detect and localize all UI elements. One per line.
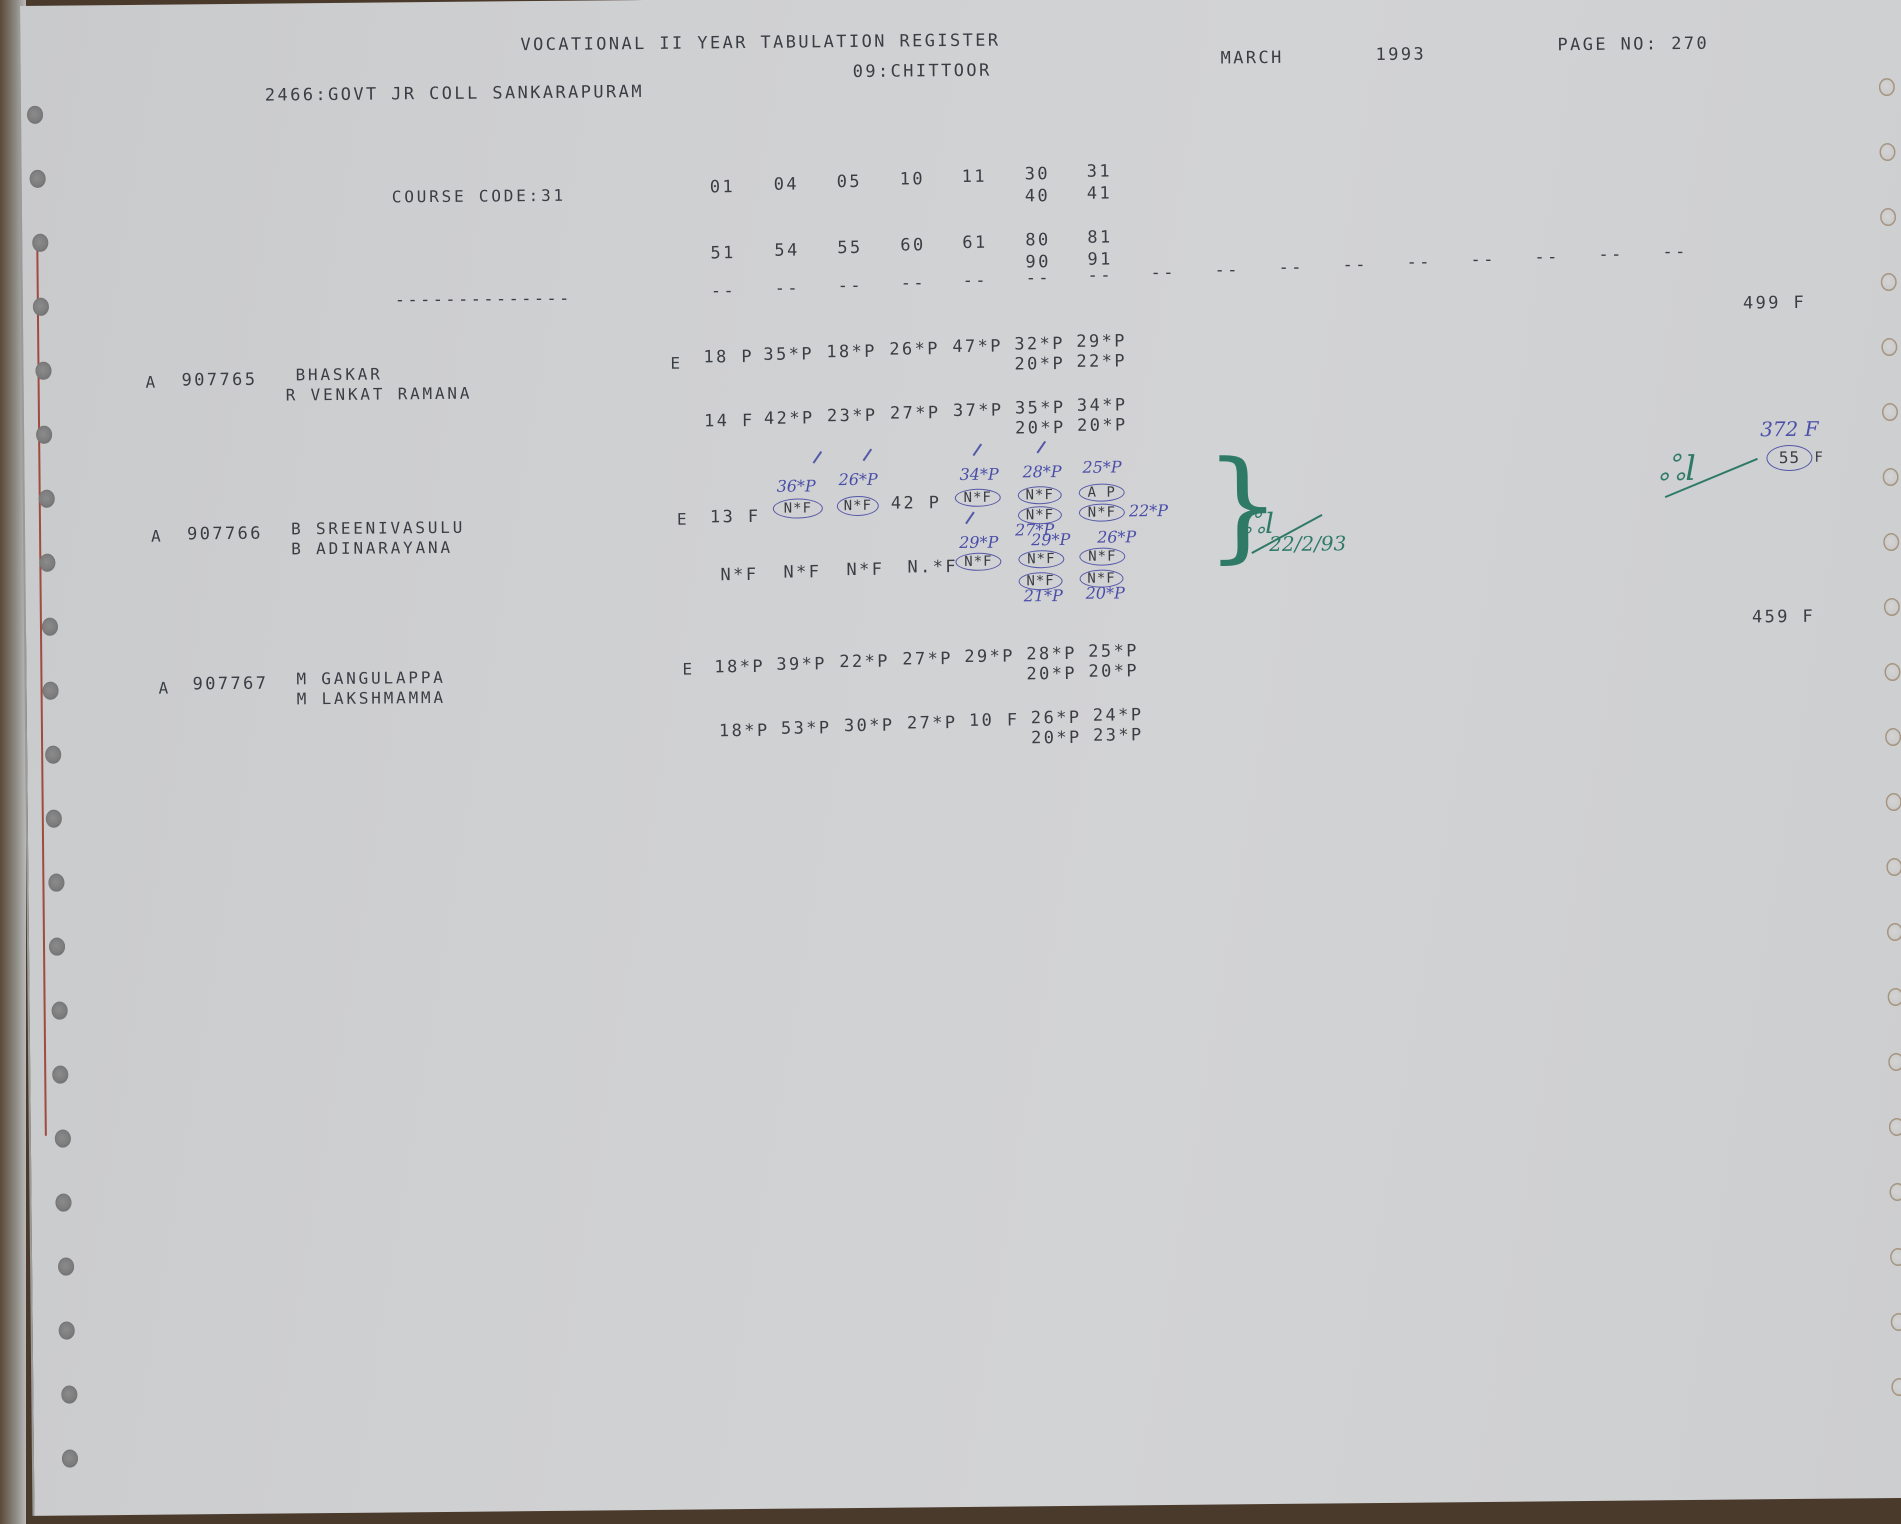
mark: 42 P	[891, 495, 942, 512]
perforation-hole	[1882, 403, 1898, 421]
district-name: 09:CHITTOOR	[853, 63, 992, 81]
perforation-hole	[1881, 273, 1897, 291]
handwritten-mark: 21*P	[1024, 588, 1063, 604]
subject-codes-row2: 51 54 55 60 61 80 81 90 91	[20, 0, 1901, 6]
mark: 35*P	[1015, 400, 1066, 417]
perforation-hole	[1883, 468, 1899, 486]
perforation-hole	[42, 682, 58, 700]
perforation-hole	[59, 1322, 75, 1340]
subject-code: 54	[774, 243, 799, 260]
dash: --	[1026, 270, 1051, 287]
mark: 20*P	[1088, 663, 1139, 680]
exam-month: MARCH	[1220, 50, 1283, 68]
circled-total: 55	[1766, 445, 1812, 471]
dash: --	[1406, 254, 1431, 271]
perforation-hole	[1886, 858, 1901, 876]
circled-mark: N*F	[955, 489, 1001, 507]
perforation-hole	[55, 1130, 71, 1148]
student-category: A	[151, 529, 164, 545]
perforation-hole	[61, 1385, 77, 1403]
check-tick	[965, 512, 975, 525]
perforation-hole	[30, 170, 46, 188]
handwritten-total: 372 F	[1760, 419, 1819, 440]
college-name: 2466:GOVT JR COLL SANKARAPURAM	[265, 84, 644, 105]
handwritten-mark: 29*P	[959, 535, 998, 551]
student-medium: E	[677, 512, 690, 528]
perforation-hole	[46, 810, 62, 828]
mark: N*F	[720, 567, 758, 584]
circled-mark: N*F	[1018, 550, 1064, 568]
student-father-name: R VENKAT RAMANA	[286, 386, 473, 404]
perforation-hole	[1886, 793, 1901, 811]
mark: 27*P	[890, 405, 941, 422]
check-tick	[813, 451, 823, 464]
perforation-hole	[27, 106, 43, 124]
perforation-hole	[1891, 1313, 1901, 1331]
mark: 34*P	[1077, 397, 1128, 414]
handwritten-mark: 20*P	[1086, 585, 1125, 601]
subject-code: 31	[1087, 164, 1112, 181]
perforation-hole	[1888, 988, 1901, 1006]
circled-mark: A P	[1079, 483, 1125, 501]
perforation-hole	[58, 1258, 74, 1276]
handwritten-mark: 29*P	[1031, 532, 1070, 548]
handwritten-mark: 25*P	[1082, 459, 1121, 475]
perforation-hole	[55, 1194, 71, 1212]
mark: 14 F	[704, 413, 755, 430]
mark: 27*P	[902, 651, 953, 668]
mark: N.*F	[907, 559, 958, 576]
mark: N*F	[783, 564, 821, 581]
student-name: B SREENIVASULU	[291, 520, 465, 538]
mark: 18*P	[714, 659, 765, 676]
mark: 18 P	[703, 349, 754, 366]
perforation-hole	[33, 298, 49, 316]
dash: --	[1215, 262, 1240, 279]
check-tick	[973, 443, 983, 456]
subject-code: 81	[1087, 230, 1112, 247]
header-dashes: -- -- -- -- -- -- -- -- -- -- -- -- -- -…	[20, 0, 1901, 6]
perforation-hole	[39, 554, 55, 572]
subject-code: 01	[710, 179, 735, 196]
perforation-hole	[52, 1066, 68, 1084]
check-tick	[1036, 441, 1046, 454]
student-roll-no: 907766	[187, 526, 263, 544]
register-title: VOCATIONAL II YEAR TABULATION REGISTER	[520, 33, 1000, 55]
perforation-hole	[1884, 598, 1900, 616]
perforation-hole	[1883, 533, 1899, 551]
mark: 47*P	[952, 339, 1003, 356]
student-category: A	[158, 681, 171, 697]
dash: --	[1662, 244, 1687, 261]
mark: 29*P	[1076, 333, 1127, 350]
check-tick	[863, 449, 873, 462]
circled-mark: N*F	[955, 553, 1001, 571]
tabulation-sheet: VOCATIONAL II YEAR TABULATION REGISTER 2…	[18, 0, 1901, 1516]
perforation-hole	[1887, 923, 1901, 941]
exam-year: 1993	[1375, 46, 1426, 63]
subject-code: 55	[837, 240, 862, 257]
dash: --	[1151, 265, 1176, 282]
student-roll-no: 907767	[192, 676, 268, 694]
mark: 20*P	[1077, 417, 1128, 434]
student-category: A	[146, 375, 159, 391]
subject-code: 80	[1025, 232, 1050, 249]
student-medium: E	[670, 356, 683, 372]
mark: 20*P	[1014, 356, 1065, 373]
perforation-hole	[48, 874, 64, 892]
perforation-hole	[36, 426, 52, 444]
dash: --	[1534, 249, 1559, 266]
student-name: M GANGULAPPA	[296, 670, 445, 687]
perforation-hole	[49, 938, 65, 956]
dash: --	[1342, 257, 1367, 274]
perforation-hole	[1881, 338, 1897, 356]
perforation-hole	[62, 1449, 78, 1467]
mark: 30*P	[844, 718, 895, 735]
circled-mark: N*F	[773, 498, 823, 518]
subject-code: 41	[1087, 186, 1112, 203]
handwritten-mark: 26*P	[1097, 529, 1136, 545]
perforation-hole	[42, 618, 58, 636]
subject-code: 04	[774, 177, 799, 194]
perforation-hole	[1888, 1053, 1901, 1071]
dash: --	[1278, 260, 1303, 277]
mark: 29*P	[964, 648, 1015, 665]
mark: 22*P	[839, 654, 890, 671]
perforation-hole	[52, 1002, 68, 1020]
handwritten-mark: 22*P	[1129, 503, 1168, 519]
handwritten-mark: 26*P	[839, 472, 878, 488]
mark: 39*P	[776, 656, 827, 673]
mark: 20*P	[1026, 666, 1077, 683]
student-name: BHASKAR	[295, 367, 382, 384]
subject-code: 40	[1025, 188, 1050, 205]
student-medium: E	[682, 662, 695, 678]
perforation-hole	[45, 746, 61, 764]
course-code-label: COURSE CODE:31	[392, 188, 566, 206]
perforation-hole	[39, 490, 55, 508]
dash: --	[1598, 247, 1623, 264]
page-number: PAGE NO: 270	[1557, 36, 1709, 54]
student-record: A 907766 B SREENIVASULU B ADINARAYANA E …	[20, 0, 1901, 6]
total-result: F	[1814, 451, 1825, 465]
dash: --	[901, 275, 926, 292]
student-total: 459 F	[1752, 609, 1815, 627]
handwritten-mark: 28*P	[1022, 464, 1061, 480]
perforation-hole	[1879, 78, 1895, 96]
dash: --	[963, 273, 988, 290]
mark: 22*P	[1076, 353, 1127, 370]
dash: --	[775, 281, 800, 298]
student-record: 459 F A 907767 M GANGULAPPA M LAKSHMAMMA…	[20, 0, 1901, 6]
circled-mark: N*F	[1079, 503, 1125, 521]
subject-code: 05	[837, 174, 862, 191]
perforation-hole	[1890, 1248, 1901, 1266]
circled-mark: N*F	[1018, 486, 1062, 504]
perforation-hole	[1889, 1118, 1901, 1136]
perforation-hole	[1884, 663, 1900, 681]
mark: 26*P	[1031, 710, 1082, 727]
dash: --	[1470, 252, 1495, 269]
perforation-hole	[35, 362, 51, 380]
student-father-name: M LAKSHMAMMA	[297, 690, 446, 707]
mark: 27*P	[907, 715, 958, 732]
mark: 25*P	[1088, 643, 1139, 660]
student-roll-no: 907765	[182, 372, 258, 390]
subject-code: 60	[900, 237, 925, 254]
mark: 32*P	[1014, 336, 1065, 353]
handwritten-initials: ஃl	[1658, 452, 1696, 486]
perforation-hole	[32, 234, 48, 252]
mark: 23*P	[1093, 727, 1144, 744]
mark: 24*P	[1093, 707, 1144, 724]
perforation-hole	[1880, 208, 1896, 226]
circled-mark: N*F	[1079, 547, 1125, 565]
student-father-name: B ADINARAYANA	[291, 540, 453, 558]
subject-code: 30	[1025, 166, 1050, 183]
mark: 23*P	[827, 408, 878, 425]
subject-codes-row1: 01 04 05 10 11 30 31 40 41	[20, 0, 1901, 6]
mark: 10 F	[969, 712, 1020, 729]
perforation-hole	[1891, 1378, 1901, 1396]
mark: 28*P	[1026, 646, 1077, 663]
mark: 13 F	[710, 509, 761, 526]
mark: 35*P	[763, 346, 814, 363]
perforation-hole	[1879, 143, 1895, 161]
dash: --	[1088, 268, 1113, 285]
student-record: 499 F A 907765 BHASKAR R VENKAT RAMANA E…	[20, 0, 1901, 6]
mark: 18*P	[719, 723, 770, 740]
subject-code: 11	[962, 169, 987, 186]
mark: 18*P	[826, 344, 877, 361]
mark: 53*P	[781, 720, 832, 737]
dash: --	[838, 278, 863, 295]
subject-code: 51	[710, 245, 735, 262]
subject-code: 61	[962, 235, 987, 252]
mark: 26*P	[889, 341, 940, 358]
mark: 20*P	[1031, 730, 1082, 747]
mark: 20*P	[1015, 420, 1066, 437]
handwritten-mark: 36*P	[777, 478, 816, 494]
handwritten-mark: 34*P	[959, 467, 998, 483]
course-underline: --------------	[395, 291, 572, 310]
mark: 37*P	[953, 403, 1004, 420]
perforation-hole	[1889, 1183, 1901, 1201]
dash: --	[711, 283, 736, 300]
perforation-hole	[1885, 728, 1901, 746]
subject-code: 10	[900, 171, 925, 188]
mark: 42*P	[764, 410, 815, 427]
mark: N*F	[846, 562, 884, 579]
circled-mark: N*F	[837, 496, 879, 516]
student-total: 499 F	[1743, 295, 1806, 313]
